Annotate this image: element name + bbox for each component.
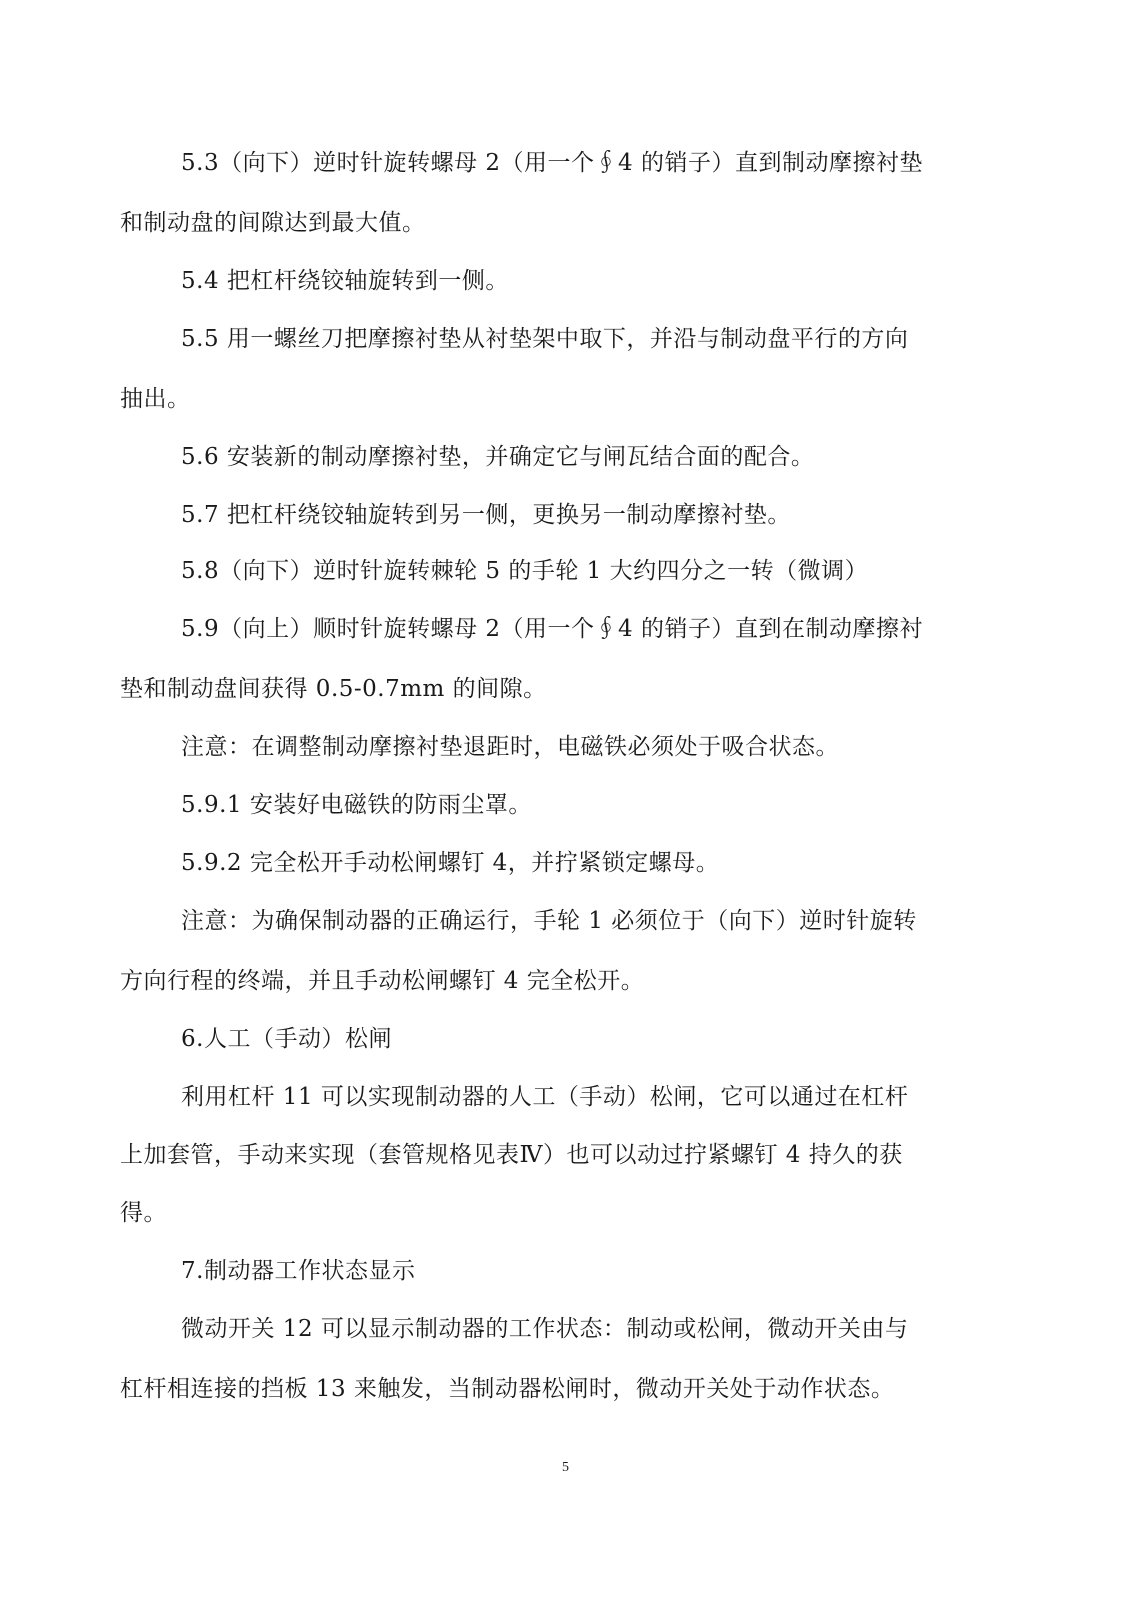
paragraph-5-9-line-1: 5.9（向上）顺时针旋转螺母 2（用一个∮4 的销子）直到在制动摩擦衬 xyxy=(181,614,923,644)
paragraph-5-3-line-2: 和制动盘的间隙达到最大值。 xyxy=(120,208,426,238)
paragraph-6-line-1: 利用杠杆 11 可以实现制动器的人工（手动）松闸，它可以通过在杠杆 xyxy=(181,1082,908,1112)
paragraph-5-7: 5.7 把杠杆绕铰轴旋转到另一侧，更换另一制动摩擦衬垫。 xyxy=(181,500,791,530)
paragraph-6-line-3: 得。 xyxy=(120,1198,167,1228)
note-2-line-1: 注意：为确保制动器的正确运行，手轮 1 必须位于（向下）逆时针旋转 xyxy=(181,906,917,936)
section-heading-6: 6.人工（手动）松闸 xyxy=(181,1024,392,1054)
paragraph-7-line-1: 微动开关 12 可以显示制动器的工作状态：制动或松闸，微动开关由与 xyxy=(181,1314,908,1344)
paragraph-5-9-1: 5.9.1 安装好电磁铁的防雨尘罩。 xyxy=(181,790,532,820)
paragraph-6-line-2: 上加套管，手动来实现（套管规格见表Ⅳ）也可以动过拧紧螺钉 4 持久的获 xyxy=(120,1140,903,1170)
paragraph-5-6: 5.6 安装新的制动摩擦衬垫，并确定它与闸瓦结合面的配合。 xyxy=(181,442,814,472)
note-2-line-2: 方向行程的终端，并且手动松闸螺钉 4 完全松开。 xyxy=(120,966,644,996)
note-1: 注意：在调整制动摩擦衬垫退距时，电磁铁必须处于吸合状态。 xyxy=(181,732,839,762)
paragraph-5-5-line-1: 5.5 用一螺丝刀把摩擦衬垫从衬垫架中取下，并沿与制动盘平行的方向 xyxy=(181,324,908,354)
paragraph-5-9-line-2: 垫和制动盘间获得 0.5-0.7mm 的间隙。 xyxy=(120,674,547,704)
section-heading-7: 7.制动器工作状态显示 xyxy=(181,1256,415,1286)
paragraph-5-9-2: 5.9.2 完全松开手动松闸螺钉 4，并拧紧锁定螺母。 xyxy=(181,848,719,878)
page-number: 5 xyxy=(0,1460,1131,1476)
paragraph-5-8: 5.8（向下）逆时针旋转棘轮 5 的手轮 1 大约四分之一转（微调） xyxy=(181,556,868,586)
paragraph-5-3-line-1: 5.3（向下）逆时针旋转螺母 2（用一个∮4 的销子）直到制动摩擦衬垫 xyxy=(181,148,923,178)
paragraph-5-5-line-2: 抽出。 xyxy=(120,384,191,414)
document-page: 5.3（向下）逆时针旋转螺母 2（用一个∮4 的销子）直到制动摩擦衬垫 和制动盘… xyxy=(0,0,1131,1600)
paragraph-5-4: 5.4 把杠杆绕铰轴旋转到一侧。 xyxy=(181,266,509,296)
paragraph-7-line-2: 杠杆相连接的挡板 13 来触发，当制动器松闸时，微动开关处于动作状态。 xyxy=(120,1374,894,1404)
